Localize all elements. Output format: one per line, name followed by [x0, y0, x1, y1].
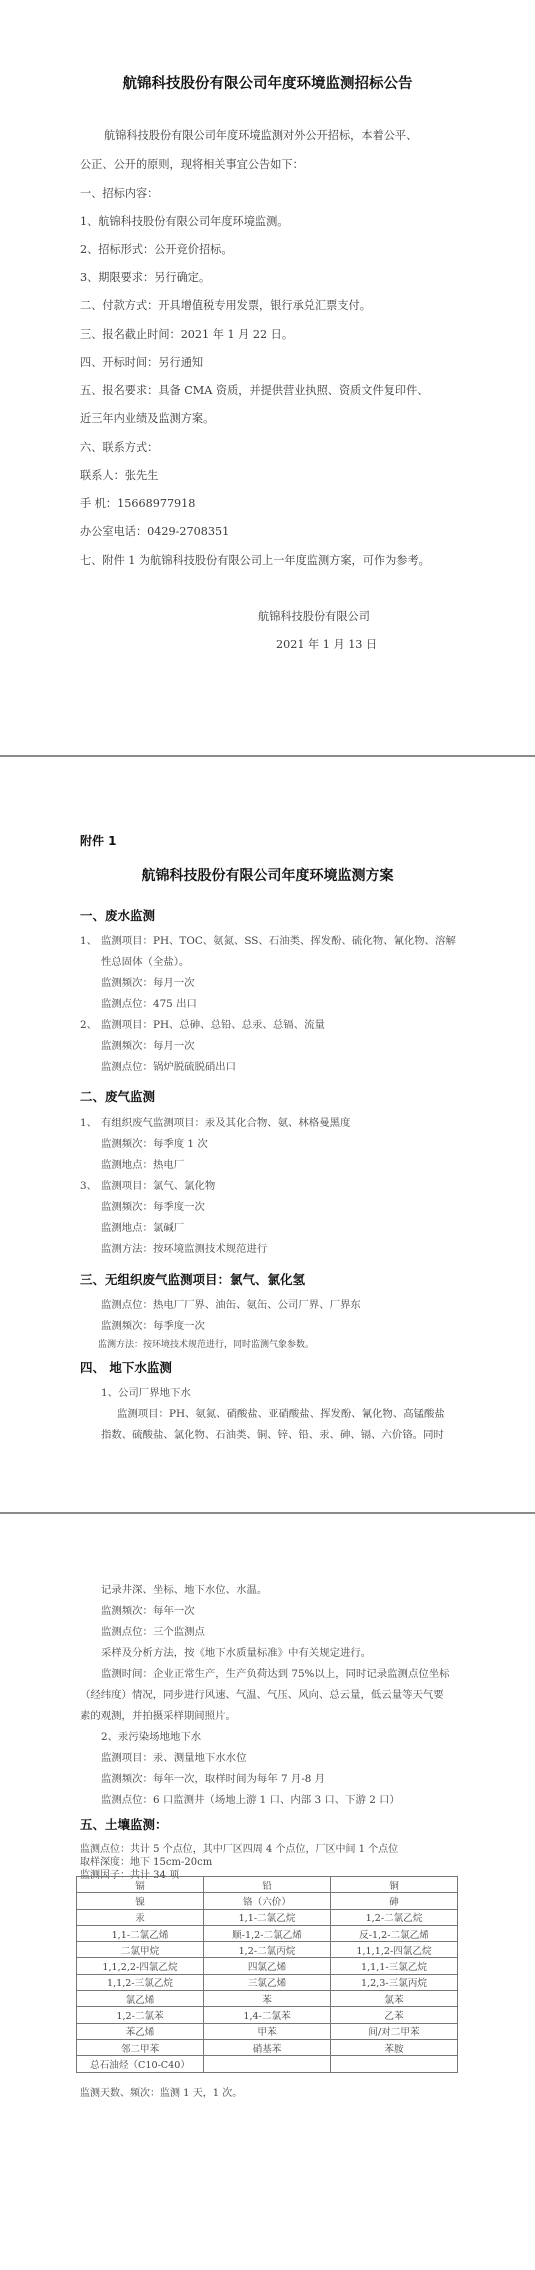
registration-requirements-1: 五、报名要求：具备 CMA 资质，并提供营业执照、资质文件复印件、: [80, 382, 428, 398]
table-cell: 顺-1,2-二氯乙烯: [204, 1925, 331, 1941]
fugitive-frequency: 监测频次：每季度一次: [101, 1317, 205, 1332]
exhaust-item-3-method: 监测方法：按环境监测技术规范进行: [101, 1240, 267, 1255]
contact-person: 联系人：张先生: [80, 467, 158, 483]
table-cell: 1,2,3-三氯丙烷: [331, 1974, 458, 1990]
signature-date: 2021 年 1 月 13 日: [276, 636, 377, 652]
payment-method: 二、付款方式：开具增值税专用发票，银行承兑汇票支付。: [80, 297, 371, 313]
wastewater-item-2-line-1: 监测项目：PH、总砷、总铅、总汞、总镉、流量: [101, 1016, 325, 1031]
table-cell: 氯苯: [331, 1991, 458, 2007]
table-cell: 硝基苯: [204, 2039, 331, 2055]
exhaust-item-3-line-1: 监测项目：氯气、氯化物: [101, 1177, 215, 1192]
wastewater-item-1-point: 监测点位：475 出口: [101, 995, 197, 1010]
groundwater-time-line-1: 监测时间：企业正常生产，生产负荷达到 75%以上，同时记录监测点位坐标: [101, 1665, 450, 1680]
exhaust-item-1-num: 1、: [80, 1114, 97, 1129]
section-contact: 六、联系方式：: [80, 439, 158, 455]
table-row: 邻二甲苯 硝基苯 苯胺: [77, 2039, 458, 2055]
table-cell: 镍: [77, 1893, 204, 1909]
table-cell: 氯乙烯: [77, 1991, 204, 2007]
table-cell: 铜: [331, 1877, 458, 1893]
heading-wastewater: 一、废水监测: [80, 906, 155, 924]
contact-office-phone: 办公室电话：0429-2708351: [80, 523, 229, 539]
soil-factor-table: 镉 铅 铜 镍 铬（六价） 砷 汞 1,1-二氯乙烷 1,2-二氯乙烷 1,1-…: [76, 1876, 458, 2073]
registration-deadline: 三、报名截止时间：2021 年 1 月 22 日。: [80, 326, 293, 342]
table-row: 1,1,2-三氯乙烷 三氯乙烯 1,2,3-三氯丙烷: [77, 1974, 458, 1990]
heading-fugitive-exhaust: 三、无组织废气监测项目：氯气、氯化氢: [80, 1270, 305, 1288]
table-row: 汞 1,1-二氯乙烷 1,2-二氯乙烷: [77, 1909, 458, 1925]
exhaust-item-3-site: 监测地点：氯碱厂: [101, 1219, 184, 1234]
groundwater-time-line-2: （经纬度）情况，同步进行风速、气温、气压、风向、总云量，低云量等天气要: [80, 1686, 444, 1701]
bid-content-item-1: 1、航锦科技股份有限公司年度环境监测。: [80, 213, 289, 229]
table-cell: 镉: [77, 1877, 204, 1893]
table-cell: 甲苯: [204, 2023, 331, 2039]
wastewater-item-1-num: 1、: [80, 932, 97, 947]
heading-exhaust: 二、废气监测: [80, 1087, 155, 1105]
table-cell: 1,2-二氯丙烷: [204, 1942, 331, 1958]
groundwater-frequency: 监测频次：每年一次: [101, 1602, 195, 1617]
table-cell: 1,1-二氯乙烯: [77, 1925, 204, 1941]
groundwater-items-line-2: 指数、硫酸盐、氯化物、石油类、铜、锌、铅、汞、砷、镉、六价铬。同时: [101, 1426, 444, 1441]
exhaust-item-3-frequency: 监测频次：每季度一次: [101, 1198, 205, 1213]
wastewater-item-2-frequency: 监测频次：每月一次: [101, 1037, 195, 1052]
wastewater-item-2-num: 2、: [80, 1016, 97, 1031]
table-cell: 三氯乙烯: [204, 1974, 331, 1990]
table-cell: [204, 2056, 331, 2072]
wastewater-item-1-frequency: 监测频次：每月一次: [101, 974, 195, 989]
table-row: 1,2-二氯苯 1,4-二氯苯 乙苯: [77, 2007, 458, 2023]
groundwater-sub-2: 2、汞污染场地地下水: [101, 1728, 201, 1743]
page-divider: [0, 1512, 535, 1514]
table-row: 1,1-二氯乙烯 顺-1,2-二氯乙烯 反-1,2-二氯乙烯: [77, 1925, 458, 1941]
contact-mobile: 手 机：15668977918: [80, 495, 195, 511]
groundwater-time-line-3: 素的观测，并拍摄采样期间照片。: [80, 1707, 236, 1722]
table-row: 总石油烃（C10-C40）: [77, 2056, 458, 2072]
heading-groundwater: 四、 地下水监测: [80, 1358, 172, 1376]
table-cell: 1,2-二氯苯: [77, 2007, 204, 2023]
wastewater-item-1-line-2: 性总固体（全盐）。: [101, 953, 189, 968]
groundwater-sub-1: 1、公司厂界地下水: [101, 1384, 191, 1399]
table-cell: 苯: [204, 1991, 331, 2007]
table-cell: 1,4-二氯苯: [204, 2007, 331, 2023]
signature-company: 航锦科技股份有限公司: [258, 608, 370, 624]
table-cell: 反-1,2-二氯乙烯: [331, 1925, 458, 1941]
wastewater-item-2-point: 监测点位：锅炉脱硫脱硝出口: [101, 1058, 236, 1073]
page-divider: [0, 755, 535, 757]
wastewater-item-1-line-1: 监测项目：PH、TOC、氨氮、SS、石油类、挥发酚、硫化物、氰化物、溶解: [101, 932, 456, 947]
fugitive-method: 监测方法：按环境技术规范进行，同时监测气象参数。: [98, 1337, 314, 1350]
groundwater-record-line: 记录井深、坐标、地下水位、水温。: [101, 1581, 267, 1596]
groundwater-items-line-1: 监测项目：PH、氨氮、硝酸盐、亚硝酸盐、挥发酚、氰化物、高锰酸盐: [117, 1405, 445, 1420]
exhaust-item-1-frequency: 监测频次：每季度 1 次: [101, 1135, 208, 1150]
intro-line-1: 航锦科技股份有限公司年度环境监测对外公开招标，本着公平、: [104, 127, 417, 143]
exhaust-item-1-line-1: 有组织废气监测项目：汞及其化合物、氨、林格曼黑度: [101, 1114, 350, 1129]
table-cell: 苯胺: [331, 2039, 458, 2055]
attachment-label: 附件 1: [80, 832, 117, 849]
exhaust-item-1-site: 监测地点：热电厂: [101, 1156, 184, 1171]
intro-line-2: 公正、公开的原则，现将相关事宜公告如下：: [80, 156, 304, 172]
table-cell: 铅: [204, 1877, 331, 1893]
table-cell: 邻二甲苯: [77, 2039, 204, 2055]
fugitive-point: 监测点位：热电厂厂界、油缶、氨缶、公司厂界、厂界东: [101, 1296, 361, 1311]
table-cell: 间/对二甲苯: [331, 2023, 458, 2039]
attachment-note: 七、附件 1 为航锦科技股份有限公司上一年度监测方案，可作为参考。: [80, 552, 430, 568]
heading-soil: 五、土壤监测：: [80, 1815, 168, 1833]
table-cell: 1,2-二氯乙烷: [331, 1909, 458, 1925]
table-cell: 苯乙烯: [77, 2023, 204, 2039]
table-row: 镍 铬（六价） 砷: [77, 1893, 458, 1909]
bid-form: 2、招标形式：公开竞价招标。: [80, 241, 233, 257]
groundwater-point: 监测点位：三个监测点: [101, 1623, 205, 1638]
table-cell: 1,1,2-三氯乙烷: [77, 1974, 204, 1990]
table-cell: 铬（六价）: [204, 1893, 331, 1909]
table-cell: 汞: [77, 1909, 204, 1925]
mercury-site-items: 监测项目：汞、测量地下水水位: [101, 1749, 246, 1764]
table-cell: 四氯乙烯: [204, 1958, 331, 1974]
bid-opening-time: 四、开标时间：另行通知: [80, 354, 203, 370]
plan-title: 航锦科技股份有限公司年度环境监测方案: [0, 865, 535, 885]
soil-days-frequency: 监测天数、频次：监测 1 天，1 次。: [80, 2084, 242, 2099]
table-cell: [331, 2056, 458, 2072]
table-row: 二氯甲烷 1,2-二氯丙烷 1,1,1,2-四氯乙烷: [77, 1942, 458, 1958]
announcement-title: 航锦科技股份有限公司年度环境监测招标公告: [0, 72, 535, 93]
term-requirement: 3、期限要求：另行确定。: [80, 269, 210, 285]
table-cell: 砷: [331, 1893, 458, 1909]
section-bid-content: 一、招标内容：: [80, 185, 158, 201]
table-cell: 1,1,2,2-四氯乙烷: [77, 1958, 204, 1974]
mercury-site-frequency: 监测频次：每年一次，取样时间为每年 7 月-8 月: [101, 1770, 325, 1785]
table-cell: 1,1,1,2-四氯乙烷: [331, 1942, 458, 1958]
table-row: 苯乙烯 甲苯 间/对二甲苯: [77, 2023, 458, 2039]
groundwater-sampling-method: 采样及分析方法，按《地下水质量标准》中有关规定进行。: [101, 1644, 371, 1659]
exhaust-item-3-num: 3、: [80, 1177, 97, 1192]
registration-requirements-2: 近三年内业绩及监测方案。: [80, 410, 214, 426]
table-row: 1,1,2,2-四氯乙烷 四氯乙烯 1,1,1-三氯乙烷: [77, 1958, 458, 1974]
table-cell: 1,1,1-三氯乙烷: [331, 1958, 458, 1974]
table-cell: 乙苯: [331, 2007, 458, 2023]
table-cell: 1,1-二氯乙烷: [204, 1909, 331, 1925]
table-row: 镉 铅 铜: [77, 1877, 458, 1893]
table-row: 氯乙烯 苯 氯苯: [77, 1991, 458, 2007]
table-cell: 二氯甲烷: [77, 1942, 204, 1958]
table-cell: 总石油烃（C10-C40）: [77, 2056, 204, 2072]
mercury-site-point: 监测点位：6 口监测井（场地上游 1 口、内部 3 口、下游 2 口）: [101, 1791, 400, 1806]
